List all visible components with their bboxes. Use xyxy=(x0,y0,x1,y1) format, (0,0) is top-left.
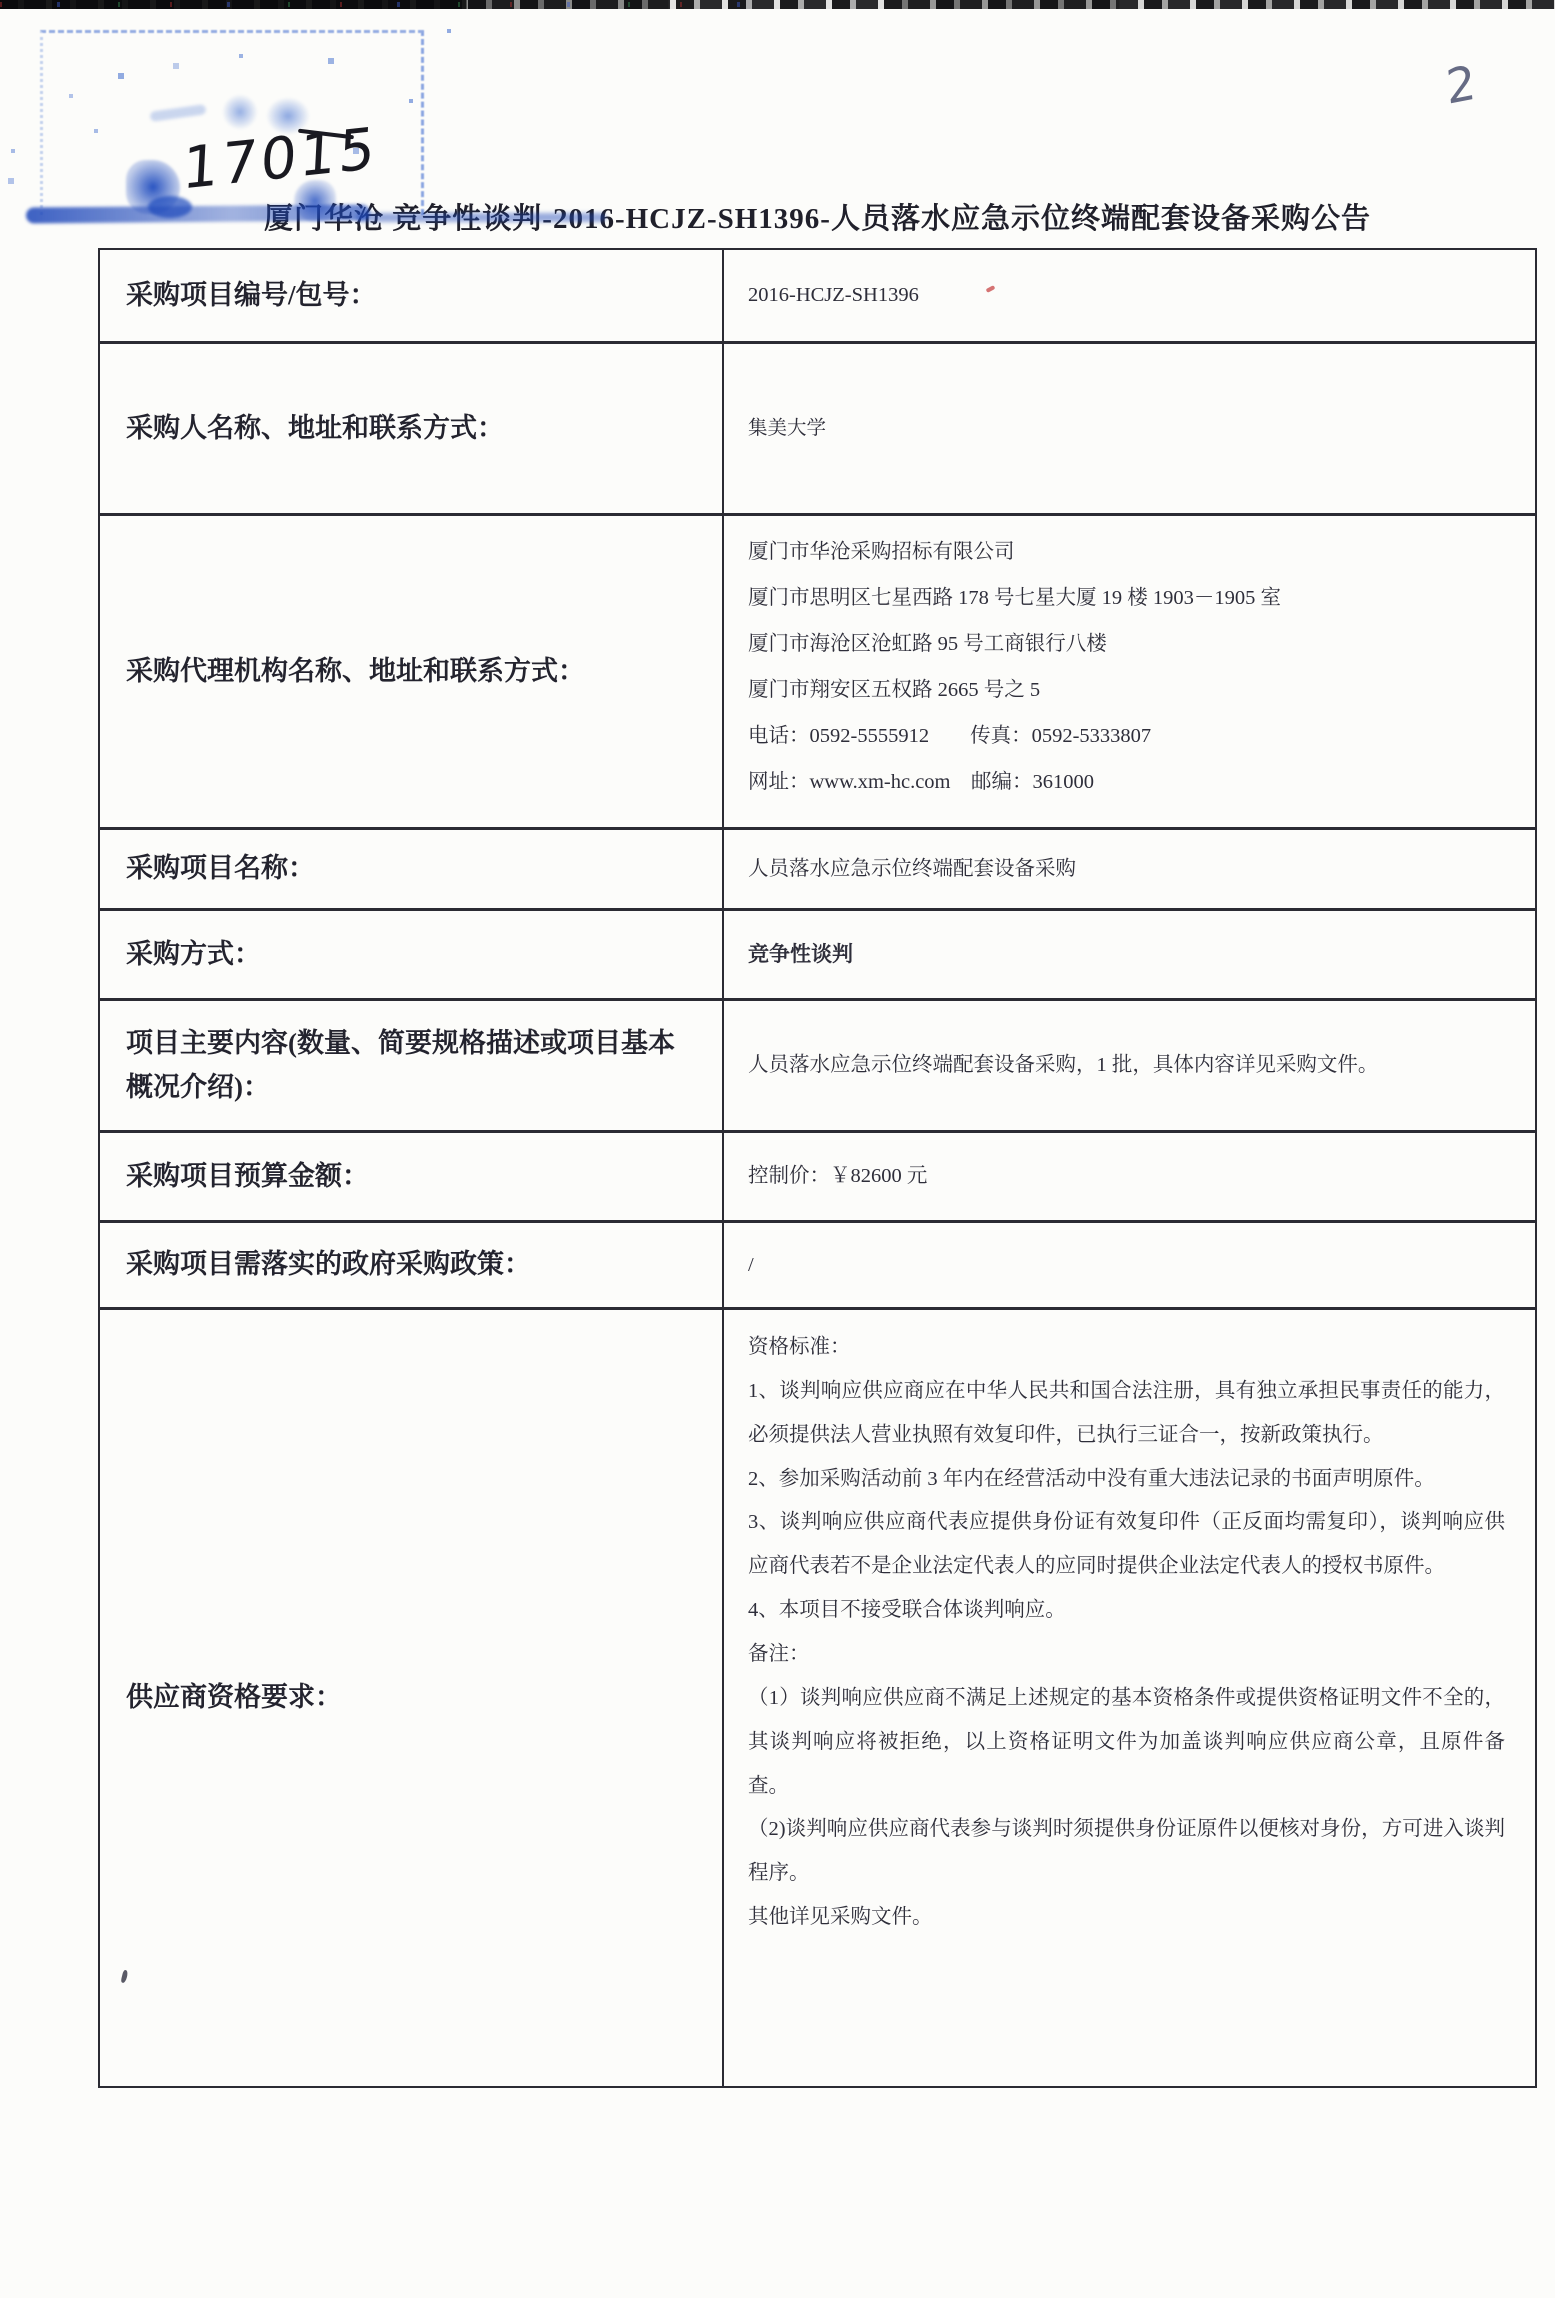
row-label-main-content: 项目主要内容(数量、简要规格描述或项目基本概况介绍)： xyxy=(100,998,724,1130)
stamp-ink-smear xyxy=(26,204,370,223)
row-label-supplier-qualifications: 供应商资格要求： xyxy=(100,1307,724,2086)
row-label-purchaser: 采购人名称、地址和联系方式： xyxy=(100,341,724,513)
stamp-ink-smear xyxy=(356,213,606,222)
row-label-project-name: 采购项目名称： xyxy=(100,827,724,908)
row-value-project-name: 人员落水应急示位终端配套设备采购 xyxy=(724,827,1535,908)
row-label-agency: 采购代理机构名称、地址和联系方式： xyxy=(100,513,724,827)
row-value-policy: / xyxy=(724,1220,1535,1307)
row-value-procurement-method: 竞争性谈判 xyxy=(724,908,1535,998)
procurement-notice-table: 采购项目编号/包号： 2016-HCJZ-SH1396 采购人名称、地址和联系方… xyxy=(98,248,1537,2088)
row-label-policy: 采购项目需落实的政府采购政策： xyxy=(100,1220,724,1307)
row-value-purchaser: 集美大学 xyxy=(724,341,1535,513)
row-value-budget: 控制价：￥82600 元 xyxy=(724,1130,1535,1220)
row-label-project-number: 采购项目编号/包号： xyxy=(100,250,724,341)
stamp-faint-character-blob xyxy=(222,94,258,130)
row-value-agency: 厦门市华沧采购招标有限公司 厦门市思明区七星西路 178 号七星大厦 19 楼 … xyxy=(724,513,1535,827)
row-label-procurement-method: 采购方式： xyxy=(100,908,724,998)
row-label-budget: 采购项目预算金额： xyxy=(100,1130,724,1220)
scanner-edge-noise-color xyxy=(0,2,760,7)
row-value-supplier-qualifications: 资格标准： 1、谈判响应供应商应在中华人民共和国合法注册，具有独立承担民事责任的… xyxy=(724,1307,1535,2086)
handwritten-page-number: 2 xyxy=(1444,55,1478,116)
row-value-main-content: 人员落水应急示位终端配套设备采购，1 批，具体内容详见采购文件。 xyxy=(724,998,1535,1130)
stamp-ink-specks xyxy=(0,0,2,2)
row-value-project-number: 2016-HCJZ-SH1396 xyxy=(724,250,1535,341)
scanned-document-page: 17015 2 厦门华沧 竞争性谈判-2016-HCJZ-SH1396-人员落水… xyxy=(0,0,1555,2298)
